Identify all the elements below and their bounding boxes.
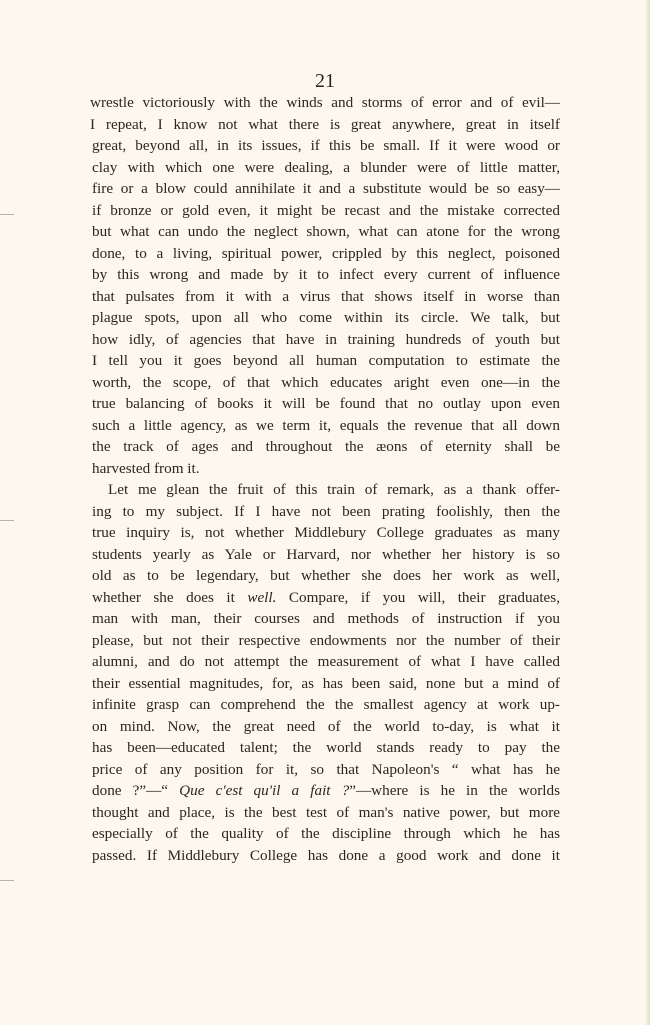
- text-line: passed. If Middlebury College has done a…: [90, 845, 560, 867]
- page-edge: [646, 0, 650, 1025]
- paragraph-2: Let me glean the fruit of this train of …: [90, 479, 560, 866]
- text-line: such a little agency, as we term it, equ…: [90, 415, 560, 437]
- text-line: wrestle victoriously with the winds and …: [90, 92, 560, 114]
- text-line: how idly, of agencies that have in train…: [90, 329, 560, 351]
- paragraph-1: wrestle victoriously with the winds and …: [90, 92, 560, 479]
- margin-mark: [0, 880, 14, 881]
- text-line: please, but not their respective endowme…: [90, 630, 560, 652]
- italic-emphasis: well.: [247, 589, 276, 606]
- text-run: done ?”—“: [92, 782, 179, 799]
- text-line: alumni, and do not attempt the measureme…: [90, 651, 560, 673]
- text-line: especially of the quality of the discipl…: [90, 823, 560, 845]
- text-line: I repeat, I know not what there is great…: [90, 114, 560, 136]
- scanned-page: 21 wrestle victoriously with the winds a…: [0, 0, 650, 1025]
- text-line: true balancing of books it will be found…: [90, 393, 560, 415]
- text-line: by this wrong and made by it to infect e…: [90, 264, 560, 286]
- page-number: 21: [0, 70, 650, 93]
- margin-mark: [0, 214, 14, 215]
- text-line: if bronze or gold even, it might be reca…: [90, 200, 560, 222]
- text-line: fire or a blow could annihilate it and a…: [90, 178, 560, 200]
- text-line: old as to be legendary, but whether she …: [90, 565, 560, 587]
- text-line: thought and place, is the best test of m…: [90, 802, 560, 824]
- text-line: ing to my subject. If I have not been pr…: [90, 501, 560, 523]
- text-run: ”—where is he in the worlds: [349, 782, 560, 799]
- italic-quote: Que c'est qu'il a fait ?: [179, 782, 349, 799]
- text-line: plague spots, upon all who come within i…: [90, 307, 560, 329]
- text-run: whether she does it: [92, 589, 247, 606]
- text-line: that pulsates from it with a virus that …: [90, 286, 560, 308]
- text-line: their essential magnitudes, for, as has …: [90, 673, 560, 695]
- margin-mark: [0, 520, 14, 521]
- text-line: great, beyond all, in its issues, if thi…: [90, 135, 560, 157]
- text-line: whether she does it well. Compare, if yo…: [90, 587, 560, 609]
- text-line: infinite grasp can comprehend the the sm…: [90, 694, 560, 716]
- text-line: on mind. Now, the great need of the worl…: [90, 716, 560, 738]
- text-line: done ?”—“ Que c'est qu'il a fait ?”—wher…: [90, 780, 560, 802]
- text-run: Compare, if you will, their graduates,: [276, 589, 560, 606]
- text-line: true inquiry is, not whether Middlebury …: [90, 522, 560, 544]
- body-text: wrestle victoriously with the winds and …: [90, 92, 560, 866]
- text-line: the track of ages and throughout the æon…: [90, 436, 560, 458]
- text-line: I tell you it goes beyond all human comp…: [90, 350, 560, 372]
- text-line: has been—educated talent; the world stan…: [90, 737, 560, 759]
- text-line: man with man, their courses and methods …: [90, 608, 560, 630]
- text-line: worth, the scope, of that which educates…: [90, 372, 560, 394]
- text-line: harvested from it.: [90, 458, 560, 480]
- text-line: done, to a living, spiritual power, crip…: [90, 243, 560, 265]
- text-line: Let me glean the fruit of this train of …: [90, 479, 560, 501]
- text-line: students yearly as Yale or Harvard, nor …: [90, 544, 560, 566]
- text-line: but what can undo the neglect shown, wha…: [90, 221, 560, 243]
- text-line: price of any position for it, so that Na…: [90, 759, 560, 781]
- text-line: clay with which one were dealing, a blun…: [90, 157, 560, 179]
